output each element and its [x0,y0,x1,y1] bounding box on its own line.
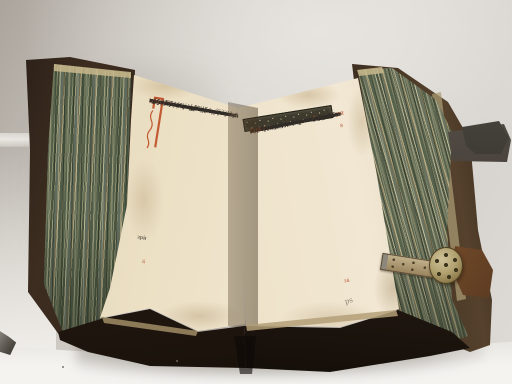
margin-note: за́ [344,279,351,285]
photo-scene: зрѝ а́ пои́мъ гдеви · сла́внѡ бопросла́в… [0,0,512,384]
manuscript-text-line: лъ єсѝ сопроти́вныѧ · [148,97,150,106]
margin-note: зрѝ [137,235,147,242]
margin-note: а́ [142,260,146,265]
dust-speck [176,360,178,362]
dust-speck [62,366,64,368]
clasp-brass-plate [429,247,463,284]
pencil-inscription: рѕ [344,298,353,305]
book: зрѝ а́ пои́мъ гдеви · сла́внѡ бопросла́в… [0,0,512,384]
folio-number: ѕ [340,123,344,128]
